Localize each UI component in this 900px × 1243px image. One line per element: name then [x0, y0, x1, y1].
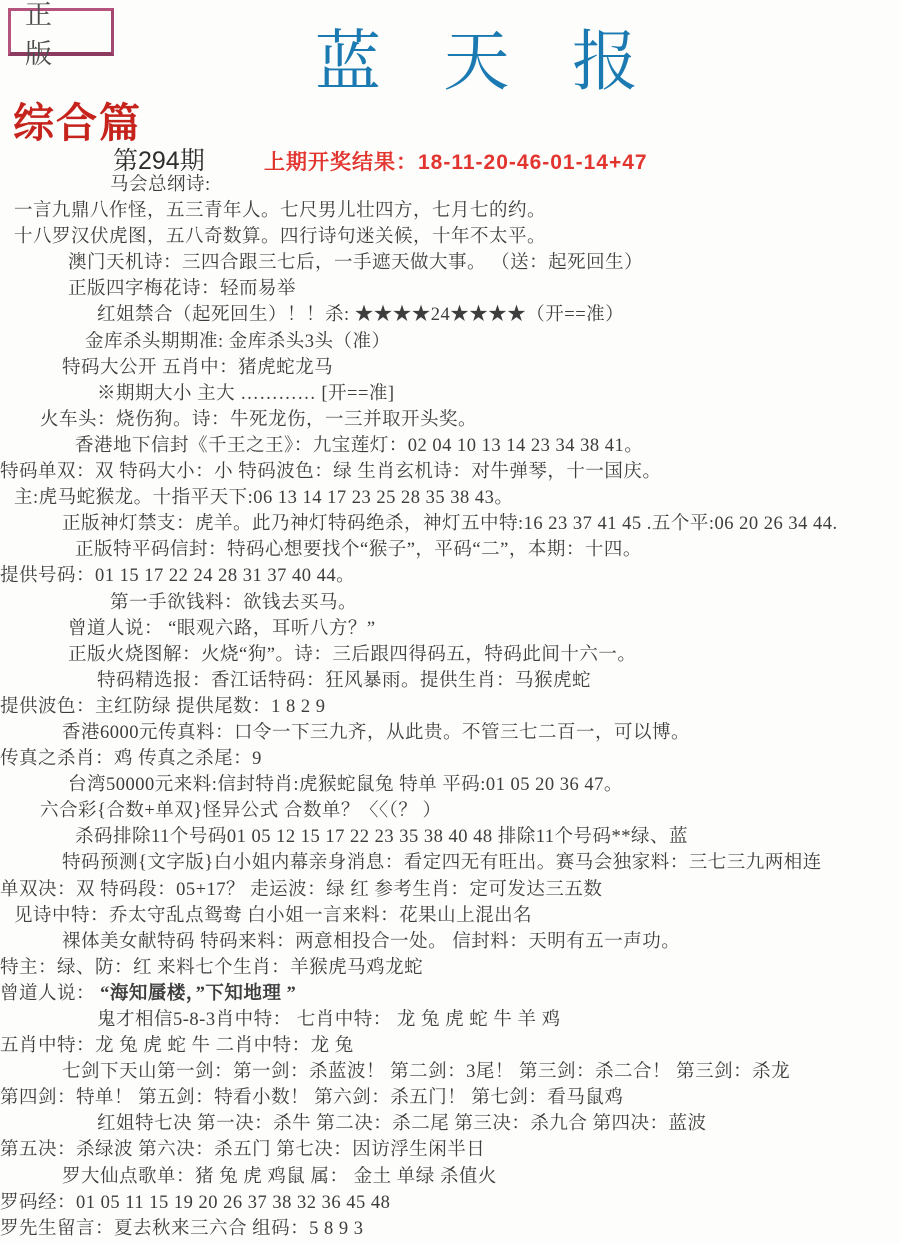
text-line: 见诗中特：乔太守乱点鸳鸯 白小姐一言来料：花果山上混出名: [0, 903, 900, 929]
text-line-prefix: 曾道人说：: [0, 984, 100, 1004]
text-line: 六合彩{合数+单双}怪异公式 合数单？〈〈（？ ）: [0, 798, 900, 824]
text-line: 单双决：双 特码段：05+17？ 走运波：绿 红 参考生肖：定可发达三五数: [0, 877, 900, 903]
text-line: 香港地下信封《千王之王》：九宝莲灯：02 04 10 13 14 23 34 3…: [0, 433, 900, 459]
text-line: 第四剑：特单！ 第五剑：特看小数！ 第六剑：杀五门！ 第七剑：看马鼠鸡: [0, 1085, 900, 1111]
text-line: ※期期大小 主大 ………… [开==准]: [0, 381, 900, 407]
text-line: 五肖中特：龙 兔 虎 蛇 牛 二肖中特：龙 兔: [0, 1033, 900, 1059]
newspaper-page: 正 版 蓝 天 报 综合篇 第294期 上期开奖结果：18-11-20-46-0…: [0, 0, 900, 1243]
text-line: 特码精选报：香江话特码：狂风暴雨。提供生肖：马猴虎蛇: [0, 668, 900, 694]
text-line: 罗码经：01 05 11 15 19 20 26 37 38 32 36 45 …: [0, 1190, 900, 1216]
text-line: 十八罗汉伏虎图，五八奇数算。四行诗句迷关候，十年不太平。: [0, 224, 900, 250]
text-line: 正版神灯禁支：虎羊。此乃神灯特码绝杀，神灯五中特:16 23 37 41 45 …: [0, 511, 900, 537]
text-line: 罗先生留言：夏去秋来三六合 组码：5 8 9 3: [0, 1216, 900, 1242]
text-line: 提供波色：主红防绿 提供尾数：1 8 2 9: [0, 694, 900, 720]
text-line: 台湾50000元来料:信封特肖:虎猴蛇鼠兔 特单 平码:01 05 20 36 …: [0, 772, 900, 798]
text-line: 特码大公开 五肖中：猪虎蛇龙马: [0, 355, 900, 381]
text-line: 杀码排除11个号码01 05 12 15 17 22 23 35 38 40 4…: [0, 824, 900, 850]
text-line: 鬼才相信5-8-3肖中特： 七肖中特： 龙 兔 虎 蛇 牛 羊 鸡: [0, 1007, 900, 1033]
text-line: 第一手欲钱料：欲钱去买马。: [0, 590, 900, 616]
text-line: 正版四字梅花诗：轻而易举: [0, 276, 900, 302]
text-line: 特码单双：双 特码大小：小 特码波色：绿 生肖玄机诗：对牛弹琴，十一国庆。: [0, 459, 900, 485]
text-line: 一言九鼎八作怪，五三青年人。七尺男儿壮四方，七月七的约。: [0, 198, 900, 224]
text-line: 特主：绿、防：红 来料七个生肖：羊猴虎马鸡龙蛇: [0, 955, 900, 981]
edition-badge: 正 版: [8, 8, 114, 56]
text-line: 曾道人说： “眼观六路，耳听八方？”: [0, 616, 900, 642]
text-line: 正版火烧图解：火烧“狗”。诗：三后跟四得码五，特码此间十六一。: [0, 642, 900, 668]
text-line: 提供号码：01 15 17 22 24 28 31 37 40 44。: [0, 563, 900, 589]
text-line: 传真之杀肖：鸡 传真之杀尾：9: [0, 746, 900, 772]
text-line: 特码预测{文字版}白小姐内幕亲身消息：看定四无有旺出。赛马会独家料：三七三九两相…: [0, 850, 900, 876]
text-line: 正版特平码信封：特码心想要找个“猴子”，平码“二”，本期：十四。: [0, 537, 900, 563]
text-line: 火车头：烧伤狗。诗：牛死龙伤，一三并取开头奖。: [0, 407, 900, 433]
text-line-bold: “海知蜃楼，”下知地理 ”: [100, 984, 296, 1004]
edition-label: 正 版: [25, 0, 111, 71]
text-line: 第五决：杀绿波 第六决：杀五门 第七决：因访浮生闲半日: [0, 1137, 900, 1163]
text-line: 金库杀头期期准: 金库杀头3头（准）: [0, 329, 900, 355]
text-line: 马会总纲诗:: [0, 172, 900, 198]
text-line: 七剑下天山第一剑：第一剑：杀蓝波！ 第二剑：3尾！ 第三剑：杀二合！ 第三剑：杀…: [0, 1059, 900, 1085]
tips-text-block: 马会总纲诗:一言九鼎八作怪，五三青年人。七尺男儿壮四方，七月七的约。十八罗汉伏虎…: [0, 172, 900, 1242]
page-title: 蓝 天 报: [315, 8, 638, 103]
text-line: 曾道人说： “海知蜃楼，”下知地理 ”: [0, 981, 900, 1007]
text-line: 香港6000元传真料：口令一下三九齐，从此贵。不管三七二百一，可以博。: [0, 720, 900, 746]
text-line: 红姐特七决 第一决：杀牛 第二决：杀二尾 第三决：杀九合 第四决：蓝波: [0, 1111, 900, 1137]
text-line: 澳门天机诗：三四合跟三七后，一手遮天做大事。 （送：起死回生）: [0, 250, 900, 276]
text-line: 主:虎马蛇猴龙。十指平天下:06 13 14 17 23 25 28 35 38…: [0, 485, 900, 511]
text-line: 裸体美女献特码 特码来料：两意相投合一处。 信封料：天明有五一声功。: [0, 929, 900, 955]
text-line: 罗大仙点歌单：猪 兔 虎 鸡鼠 属： 金土 单绿 杀值火: [0, 1164, 900, 1190]
text-line: 红姐禁合（起死回生）！！杀: ★★★★24★★★★（开==准）: [0, 302, 900, 328]
